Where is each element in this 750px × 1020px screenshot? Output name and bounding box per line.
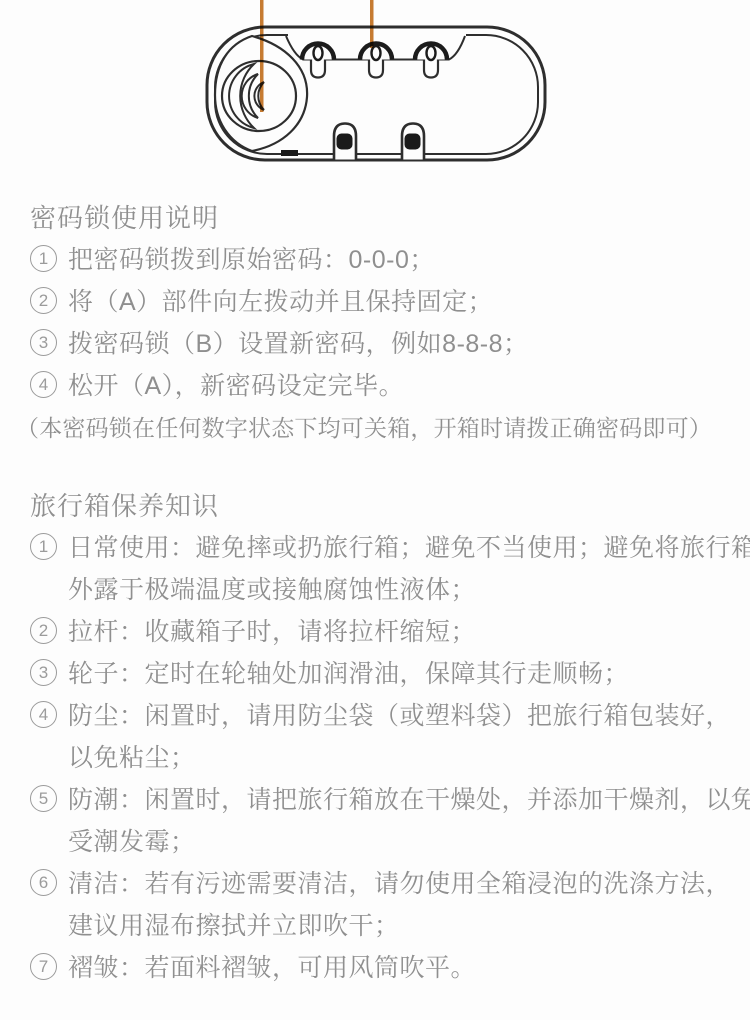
- section-title: 旅行箱保养知识: [30, 483, 740, 525]
- item-text-continued: 以免粘尘；: [30, 735, 740, 777]
- item-text: 防潮：闲置时，请把旅行箱放在干燥处，并添加干燥剂，以免: [68, 780, 750, 816]
- section-care-tips: 旅行箱保养知识 1 日常使用：避免摔或扔旅行箱；避免不当使用；避免将旅行箱 外露…: [30, 483, 740, 987]
- item-text: 日常使用：避免摔或扔旅行箱；避免不当使用；避免将旅行箱: [68, 528, 750, 564]
- item-text-continued: 外露于极端温度或接触腐蚀性液体；: [30, 567, 740, 609]
- item-number: 5: [30, 785, 57, 812]
- item-text: 将（A）部件向左拨动并且保持固定；: [68, 282, 493, 318]
- item-number: 3: [30, 329, 57, 356]
- list-item: 7 褶皱：若面料褶皱，可用风筒吹平。: [30, 945, 740, 987]
- item-number: 2: [30, 287, 57, 314]
- list-item: 4 松开（A），新密码设定完毕。: [30, 363, 740, 405]
- item-text: 清洁：若有污迹需要清洁，请勿使用全箱浸泡的洗涤方法，: [68, 864, 731, 900]
- item-text-continued: 建议用湿布擦拭并立即吹干；: [30, 903, 740, 945]
- dial-slot: [427, 46, 436, 60]
- list-item: 5 防潮：闲置时，请把旅行箱放在干燥处，并添加干燥剂，以免: [30, 777, 740, 819]
- item-text: 褶皱：若面料褶皱，可用风筒吹平。: [68, 948, 476, 984]
- list-item: 6 清洁：若有污迹需要清洁，请勿使用全箱浸泡的洗涤方法，: [30, 861, 740, 903]
- list-item: 2 将（A）部件向左拨动并且保持固定；: [30, 279, 740, 321]
- list-item: 2 拉杆：收藏箱子时，请将拉杆缩短；: [30, 609, 740, 651]
- item-text: 防尘：闲置时，请用防尘袋（或塑料袋）把旅行箱包装好，: [68, 696, 731, 732]
- bottom-tick: [281, 150, 298, 156]
- instructions-content: 密码锁使用说明 1 把密码锁拨到原始密码：0-0-0； 2 将（A）部件向左拨动…: [0, 195, 750, 987]
- doc-page: 密码锁使用说明 1 把密码锁拨到原始密码：0-0-0； 2 将（A）部件向左拨动…: [0, 0, 750, 1020]
- lock-diagram: [0, 0, 750, 180]
- code-dials: [302, 44, 447, 78]
- note: （本密码锁在任何数字状态下均可关箱，开箱时请拨正确密码即可）: [16, 405, 740, 447]
- item-number: 2: [30, 617, 57, 644]
- item-number: 1: [30, 533, 57, 560]
- item-number: 6: [30, 869, 57, 896]
- list-item: 1 日常使用：避免摔或扔旅行箱；避免不当使用；避免将旅行箱: [30, 525, 740, 567]
- item-text: 把密码锁拨到原始密码：0-0-0；: [68, 240, 435, 276]
- item-number: 7: [30, 953, 57, 980]
- list-item: 4 防尘：闲置时，请用防尘袋（或塑料袋）把旅行箱包装好，: [30, 693, 740, 735]
- list-item: 3 轮子：定时在轮轴处加润滑油，保障其行走顺畅；: [30, 651, 740, 693]
- item-text: 拨密码锁（B）设置新密码，例如8-8-8；: [68, 324, 529, 360]
- callout-line-b: [370, 0, 374, 48]
- item-number: 4: [30, 701, 57, 728]
- item-number: 1: [30, 245, 57, 272]
- list-item: 1 把密码锁拨到原始密码：0-0-0；: [30, 237, 740, 279]
- dial-slot: [314, 46, 323, 60]
- item-number: 3: [30, 659, 57, 686]
- item-text: 轮子：定时在轮轴处加润滑油，保障其行走顺畅；: [68, 654, 629, 690]
- callout-line-a: [260, 0, 264, 112]
- section-title: 密码锁使用说明: [30, 195, 740, 237]
- dial-slot: [372, 46, 381, 60]
- item-number: 4: [30, 371, 57, 398]
- section-lock-instructions: 密码锁使用说明 1 把密码锁拨到原始密码：0-0-0； 2 将（A）部件向左拨动…: [30, 195, 740, 447]
- item-text: 拉杆：收藏箱子时，请将拉杆缩短；: [68, 612, 476, 648]
- item-text-continued: 受潮发霉；: [30, 819, 740, 861]
- list-item: 3 拨密码锁（B）设置新密码，例如8-8-8；: [30, 321, 740, 363]
- item-text: 松开（A），新密码设定完毕。: [68, 366, 404, 402]
